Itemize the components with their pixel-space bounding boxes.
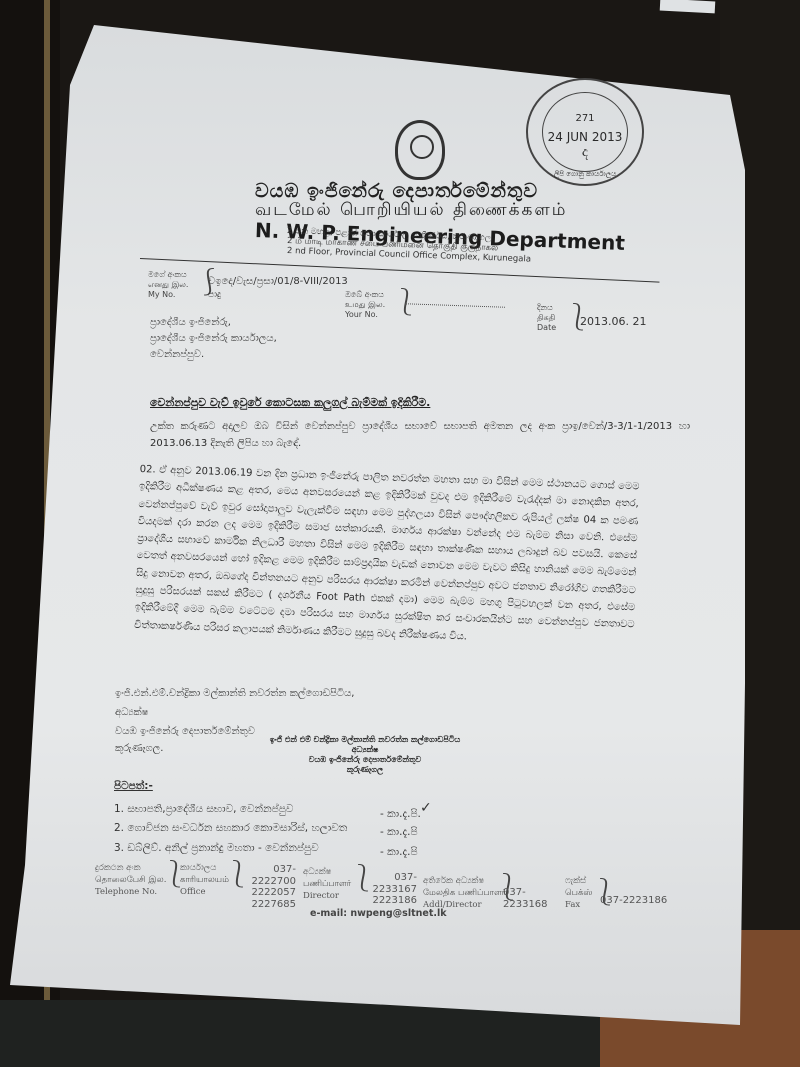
email-address: e-mail: nwpeng@sltnet.lk (310, 908, 447, 919)
stamp-footer-text: ලිපි ගොනු කාර්යාලය (528, 170, 642, 179)
signatory-city: කුරුණෑගල. (115, 743, 163, 754)
copy-tag: - කා.දැ.පි. (380, 808, 421, 821)
office-label: කාර්යාලය காரியாலயம் Office (180, 862, 229, 898)
received-stamp: 271 24 JUN 2013 ද ලිපි ගොනු කාර්යාලය (526, 78, 644, 186)
stamp-number: 271 (528, 113, 642, 124)
copy-tag: - කා.දැ.පි (380, 826, 418, 839)
signatory-department: වයඹ ඉංජිනේරු දෙපාර්තමේන්තුව (115, 726, 255, 737)
stamp-date: 24 JUN 2013 (528, 130, 642, 144)
director-label: අධ්‍යක්ෂ பணிப்பாளர் Director (303, 866, 351, 902)
addressee-line: ප්‍රාදේශීය ඉංජිනේරු, (150, 317, 231, 328)
date-label: දිනය திகதி Date (537, 303, 556, 333)
your-no-value-line (405, 303, 505, 307)
my-no-label: මගේ අංකය எனது இல. My No. (148, 270, 188, 300)
copy-recipient: 2. ගොවිජන සංවර්ධන සහකාර කොමසාරිස්, හලාවත (114, 822, 347, 835)
letter-document: වයඹ ඉංජිනේරු දෙපාර්තමේන්තුව வடமேல் பொறிய… (0, 0, 800, 1067)
paragraph-1: උක්ත කරුණට අදාලව ඔබ විසින් වෙන්නප්පුව ප්… (150, 418, 690, 453)
my-no-value: වඉදෙ/වැස/ප්‍රසා/01/8-VIII/2013 (208, 276, 348, 287)
addl-director-label: අතිරේක අධ්‍යක්ෂ மேலதிக பணிப்பாளர் Addl/D… (423, 875, 506, 911)
addl-director-number: 037-2233168 (503, 887, 563, 910)
fax-number: 037-2223186 (600, 895, 680, 907)
dept-name-sinhala: වයඹ ඉංජිනේරු දෙපාර්තමේන්තුව (255, 180, 538, 202)
my-no-value-line2: පාදු (208, 290, 221, 300)
copy-recipient: 1. සභාපති,ප්‍රාදේශීය සභාව, වෙන්නප්පුව (114, 803, 293, 816)
letter-subject: වෙන්නප්පුව වැව් ඉවුරේ කොටසක කලුගල් බැම්ම… (150, 396, 430, 410)
fax-label: ෆැක්ස් பெக்ஸ் Fax (565, 875, 593, 911)
paragraph-2: 02. ඒ අනුව 2013.06.19 වන දින ප්‍රධාන ඉංජ… (134, 461, 640, 651)
copies-heading: පිටපත්:- (114, 780, 153, 793)
your-no-label: ඔබේ අංකය உமது இல. Your No. (345, 290, 385, 320)
stamp-signature: ද (528, 144, 642, 160)
director-numbers: 037-2233167 2223186 (357, 872, 417, 907)
copy-tag: - කා.දැ.පි (380, 846, 418, 859)
tick-mark: ✓ (420, 800, 432, 816)
date-value: 2013.06. 21 (580, 315, 646, 328)
signatory-title: අධ්‍යක්ෂ (115, 707, 148, 718)
signatory-name: ඉංජි.එන්.එම්.චන්ද්‍රිකා මල්කාන්ති නවරත්න… (115, 688, 354, 699)
official-seal: ඉංජි එන් එම් චන්ද්‍රිකා මල්කාන්ති නවරත්න… (255, 735, 475, 775)
copy-recipient: 3. ඩබ්ලිව්. අනිල් ප්‍රනාන්දු මහතා - වෙන්… (114, 842, 319, 855)
sri-lanka-emblem-icon (395, 120, 445, 180)
addressee-line: ප්‍රාදේශීය ඉංජිනේරු කාර්යාලය, (150, 333, 277, 344)
addressee-line: වෙන්නප්පුව. (150, 349, 204, 360)
office-numbers: 037-2222700 2222057 2227685 (232, 864, 296, 910)
telephone-label: දුරකථන අංක தொலைபேசி இல. Telephone No. (95, 862, 166, 898)
